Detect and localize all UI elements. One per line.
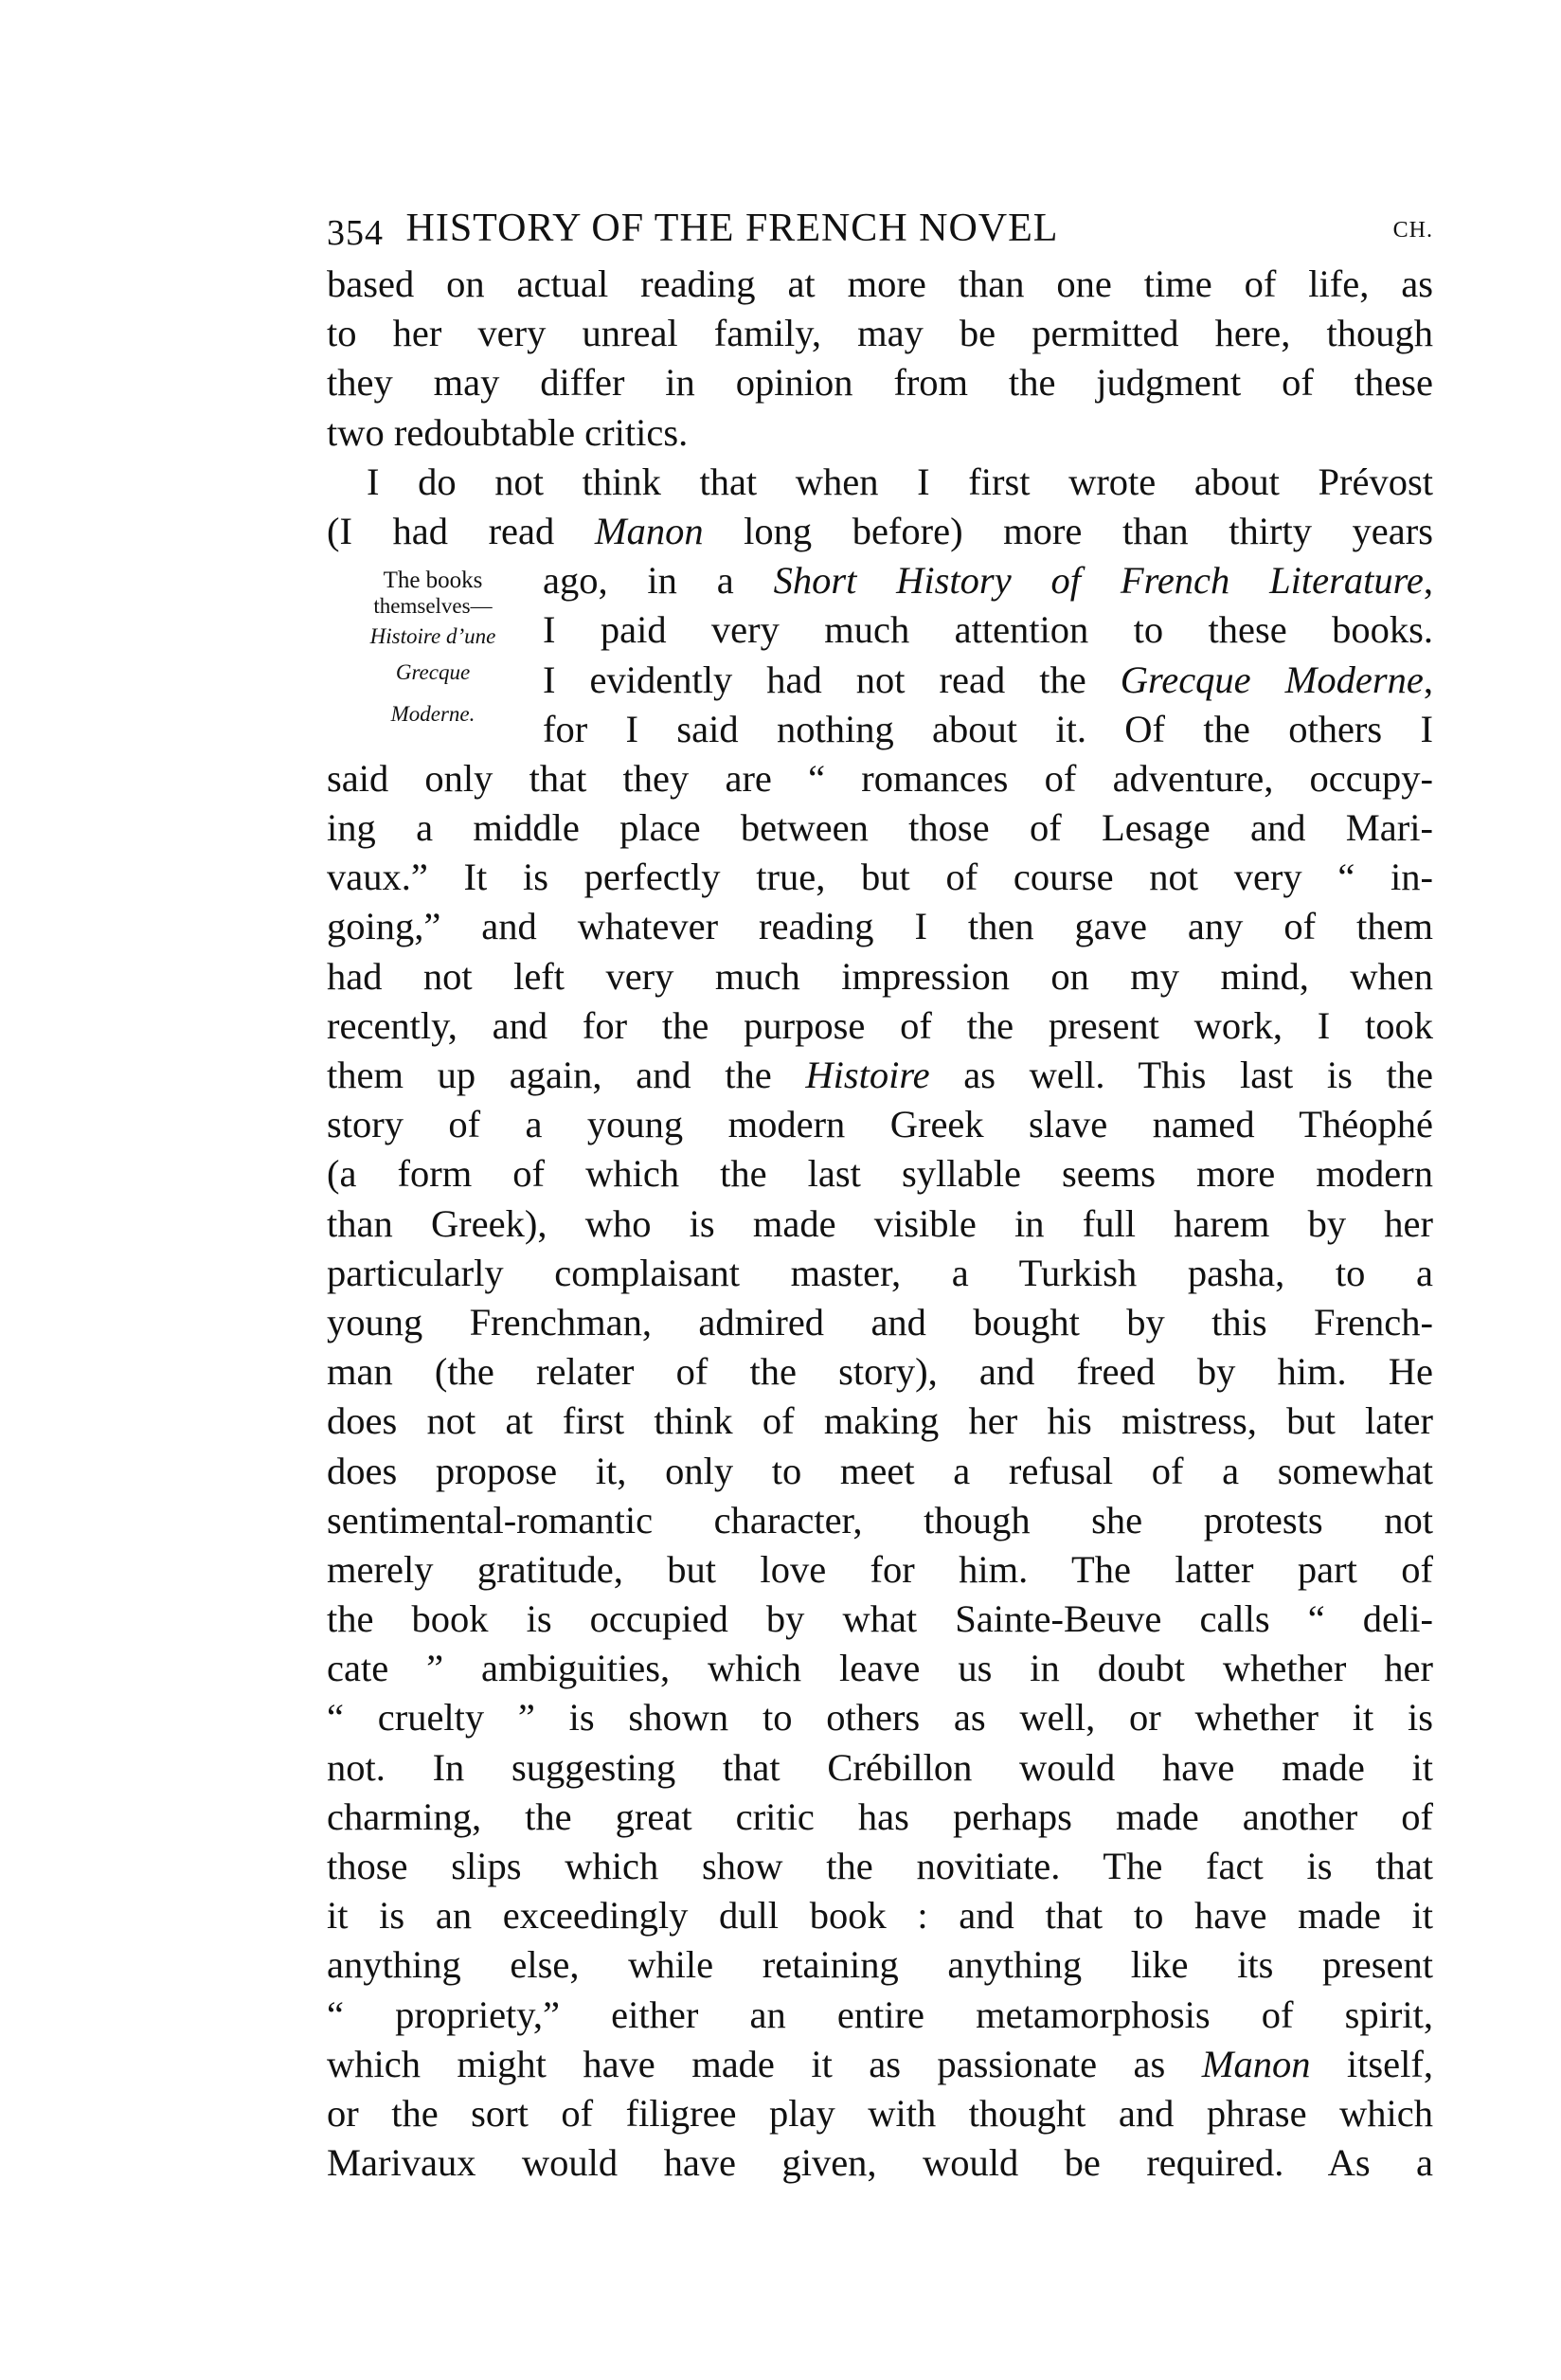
text-line: particularly complaisant master, a Turki…	[327, 1249, 1433, 1298]
text-line: it is an exceedingly dull book : and tha…	[327, 1891, 1433, 1940]
text-line: based on actual reading at more than one…	[327, 260, 1433, 309]
text-line: for I said nothing about it. Of the othe…	[327, 705, 1433, 754]
text-line: which might have made it as passionate a…	[327, 2040, 1433, 2089]
text-line: those slips which show the novitiate. Th…	[327, 1842, 1433, 1891]
page-number: 354	[327, 206, 384, 261]
text-line: charming, the great critic has perhaps m…	[327, 1793, 1433, 1842]
text-line: they may differ in opinion from the judg…	[327, 358, 1433, 407]
text-line: cate ” ambiguities, which leave us in do…	[327, 1644, 1433, 1693]
text-line: not. In suggesting that Crébillon would …	[327, 1743, 1433, 1793]
text-line: ing a middle place between those of Lesa…	[327, 803, 1433, 853]
italic-title: Manon	[1202, 2043, 1311, 2085]
text-line: man (the relater of the story), and free…	[327, 1347, 1433, 1397]
text-line: had not left very much impression on my …	[327, 952, 1433, 1001]
text-line: “ propriety,” either an entire metamorph…	[327, 1991, 1433, 2040]
sidenote-region: The books themselves— Histoire d’une Gre…	[327, 556, 1433, 754]
text-line: (a form of which the last syllable seems…	[327, 1149, 1433, 1199]
body-text: based on actual reading at more than one…	[327, 260, 1433, 2188]
text-line: them up again, and the Histoire as well.…	[327, 1051, 1433, 1100]
text-line: anything else, while retaining anything …	[327, 1940, 1433, 1990]
text-line: I paid very much attention to these book…	[327, 605, 1433, 655]
text-line: than Greek), who is made visible in full…	[327, 1199, 1433, 1249]
text-line: (I had read Manon long before) more than…	[327, 507, 1433, 556]
book-page: 354 HISTORY OF THE FRENCH NOVEL CH. base…	[327, 201, 1433, 2188]
text-line: story of a young modern Greek slave name…	[327, 1100, 1433, 1149]
text-line: merely gratitude, but love for him. The …	[327, 1545, 1433, 1595]
italic-title: Manon	[595, 510, 704, 552]
text-line: to her very unreal family, may be permit…	[327, 309, 1433, 358]
chapter-mark: CH.	[1393, 203, 1433, 258]
text-line: the book is occupied by what Sainte-Beuv…	[327, 1595, 1433, 1644]
text-line: vaux.” It is perfectly true, but of cour…	[327, 853, 1433, 902]
text-line: two redoubtable critics.	[327, 408, 1433, 458]
text-line: Marivaux would have given, would be requ…	[327, 2138, 1433, 2188]
text-line: does not at first think of making her hi…	[327, 1397, 1433, 1446]
text-line: ago, in a Short History of French Litera…	[327, 556, 1433, 605]
text-line: I evidently had not read the Grecque Mod…	[327, 656, 1433, 705]
text-line: young Frenchman, admired and bought by t…	[327, 1298, 1433, 1347]
text-line: recently, and for the purpose of the pre…	[327, 1001, 1433, 1051]
italic-title: Histoire	[805, 1054, 929, 1096]
text-line: or the sort of filigree play with though…	[327, 2089, 1433, 2138]
italic-title: Short History of French Literature	[774, 559, 1424, 602]
book-title: HISTORY OF THE FRENCH NOVEL	[406, 201, 1059, 256]
text-line: sentimental-romantic character, though s…	[327, 1496, 1433, 1545]
running-head: 354 HISTORY OF THE FRENCH NOVEL CH.	[327, 201, 1433, 256]
text-line: going,” and whatever reading I then gave…	[327, 902, 1433, 951]
italic-title: Grecque Moderne	[1121, 658, 1424, 701]
text-line: does propose it, only to meet a refusal …	[327, 1447, 1433, 1496]
text-line: said only that they are “ romances of ad…	[327, 754, 1433, 803]
paragraph-start-line: I do not think that when I first wrote a…	[327, 458, 1433, 507]
text-line: “ cruelty ” is shown to others as well, …	[327, 1693, 1433, 1742]
